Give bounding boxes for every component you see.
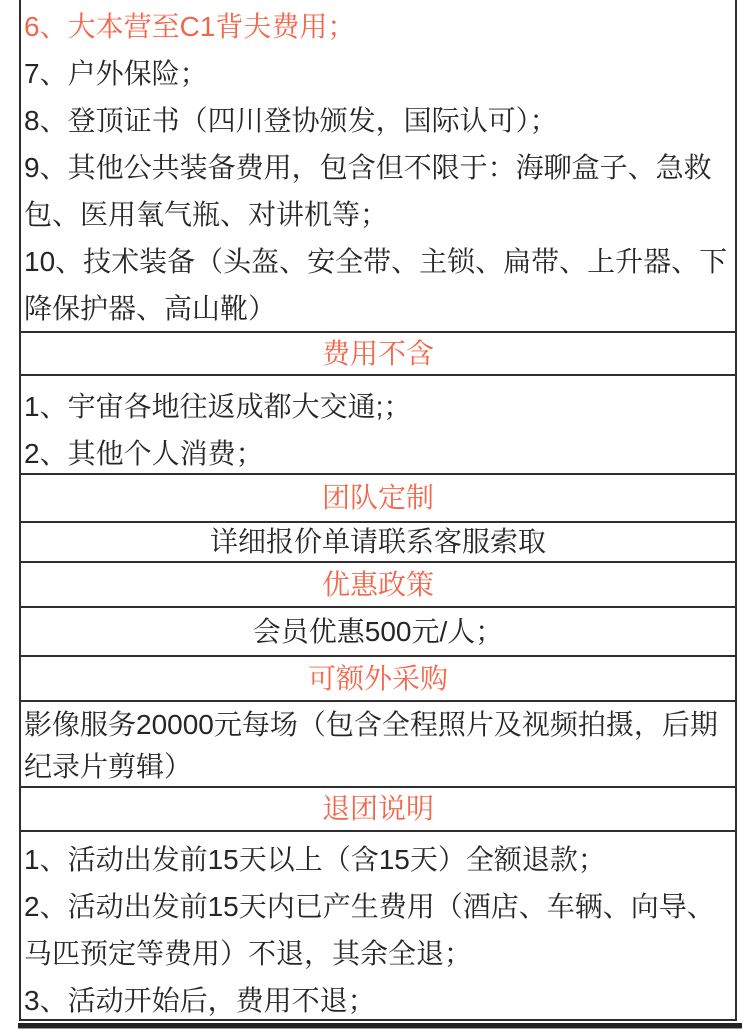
list-item: 9、其他公共装备费用，包含但不限于：海聊盒子、急救包、医用氧气瓶、对讲机等； xyxy=(21,144,735,238)
section-header-extra-purchase: 可额外采购 xyxy=(21,657,735,702)
discount-note: 会员优惠500元/人； xyxy=(21,608,735,657)
list-item: 8、登顶证书（四川登协颁发，国际认可）； xyxy=(21,97,735,144)
list-item: 2、活动出发前15天内已产生费用（酒店、车辆、向导、马匹预定等费用）不退，其余全… xyxy=(21,883,735,977)
pricing-table: 6、大本营至C1背夫费用； 7、户外保险； 8、登顶证书（四川登协颁发，国际认可… xyxy=(19,0,737,1021)
team-custom-note: 详细报价单请联系客服索取 xyxy=(21,523,735,563)
list-item: 7、户外保险； xyxy=(21,50,735,97)
list-item-highlighted: 6、大本营至C1背夫费用； xyxy=(21,3,735,50)
list-item: 1、宇宙各地往返成都大交通;； xyxy=(21,383,735,430)
fee-exclude-items-cell: 1、宇宙各地往返成都大交通;； 2、其他个人消费； xyxy=(21,376,735,475)
section-header-discount: 优惠政策 xyxy=(21,563,735,608)
section-header-team-custom: 团队定制 xyxy=(21,475,735,523)
list-item: 10、技术装备（头盔、安全带、主锁、扁带、上升器、下降保护器、高山靴） xyxy=(21,238,735,332)
section-header-fee-exclude: 费用不含 xyxy=(21,333,735,376)
list-item: 1、活动出发前15天以上（含15天）全额退款； xyxy=(21,836,735,883)
fee-include-items-cell: 6、大本营至C1背夫费用； 7、户外保险； 8、登顶证书（四川登协颁发，国际认可… xyxy=(21,0,735,333)
list-item: 2、其他个人消费； xyxy=(21,430,735,475)
section-header-refund: 退团说明 xyxy=(21,788,735,832)
list-item: 3、活动开始后，费用不退； xyxy=(21,977,735,1021)
extra-purchase-note: 影像服务20000元每场（包含全程照片及视频拍摄，后期纪录片剪辑） xyxy=(21,702,735,788)
next-section-divider-bar xyxy=(18,1023,742,1029)
refund-items-cell: 1、活动出发前15天以上（含15天）全额退款； 2、活动出发前15天内已产生费用… xyxy=(21,832,735,1021)
